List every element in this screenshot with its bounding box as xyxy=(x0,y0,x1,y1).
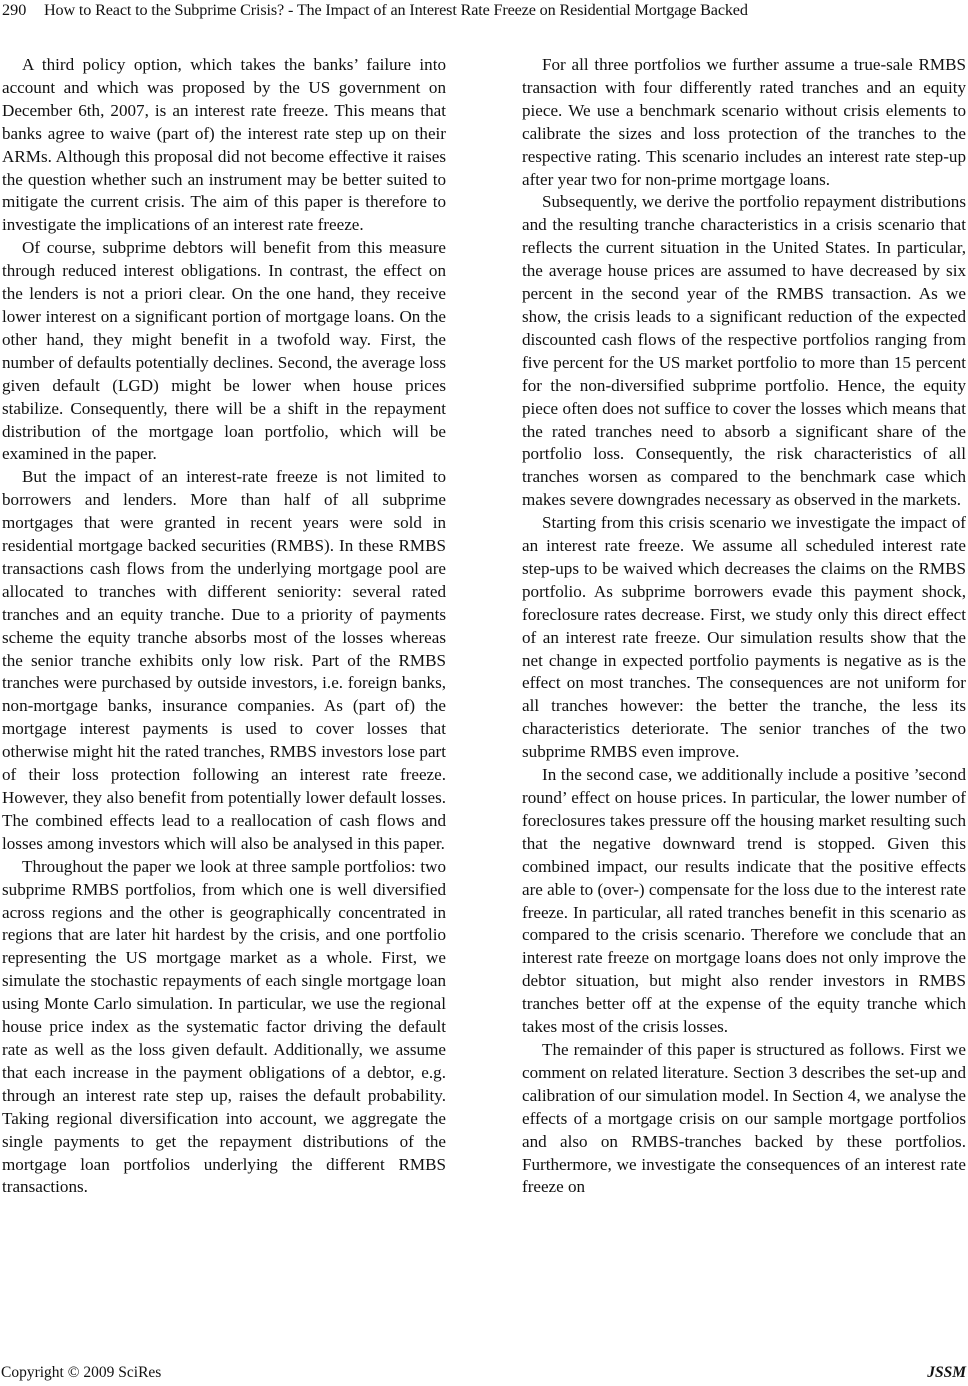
paragraph: For all three portfolios we further assu… xyxy=(522,54,966,191)
paragraph: The remainder of this paper is structure… xyxy=(522,1039,966,1199)
paragraph: But the impact of an interest-rate freez… xyxy=(2,466,446,855)
paragraph: Starting from this crisis scenario we in… xyxy=(522,512,966,764)
left-column: A third policy option, which takes the b… xyxy=(2,54,446,1199)
paragraph: A third policy option, which takes the b… xyxy=(2,54,446,237)
paragraph: Throughout the paper we look at three sa… xyxy=(2,856,446,1200)
paragraph: Of course, subprime debtors will benefit… xyxy=(2,237,446,466)
journal-name: JSSM xyxy=(927,1364,966,1382)
page-footer: Copyright © 2009 SciRes JSSM xyxy=(0,1364,968,1386)
copyright-notice: Copyright © 2009 SciRes xyxy=(1,1364,161,1382)
running-title: How to React to the Subprime Crisis? - T… xyxy=(44,0,748,20)
running-header: 290 How to React to the Subprime Crisis?… xyxy=(0,0,968,22)
right-column: For all three portfolios we further assu… xyxy=(522,54,966,1199)
paragraph: Subsequently, we derive the portfolio re… xyxy=(522,191,966,512)
page-number: 290 xyxy=(2,0,26,20)
paragraph: In the second case, we additionally incl… xyxy=(522,764,966,1039)
